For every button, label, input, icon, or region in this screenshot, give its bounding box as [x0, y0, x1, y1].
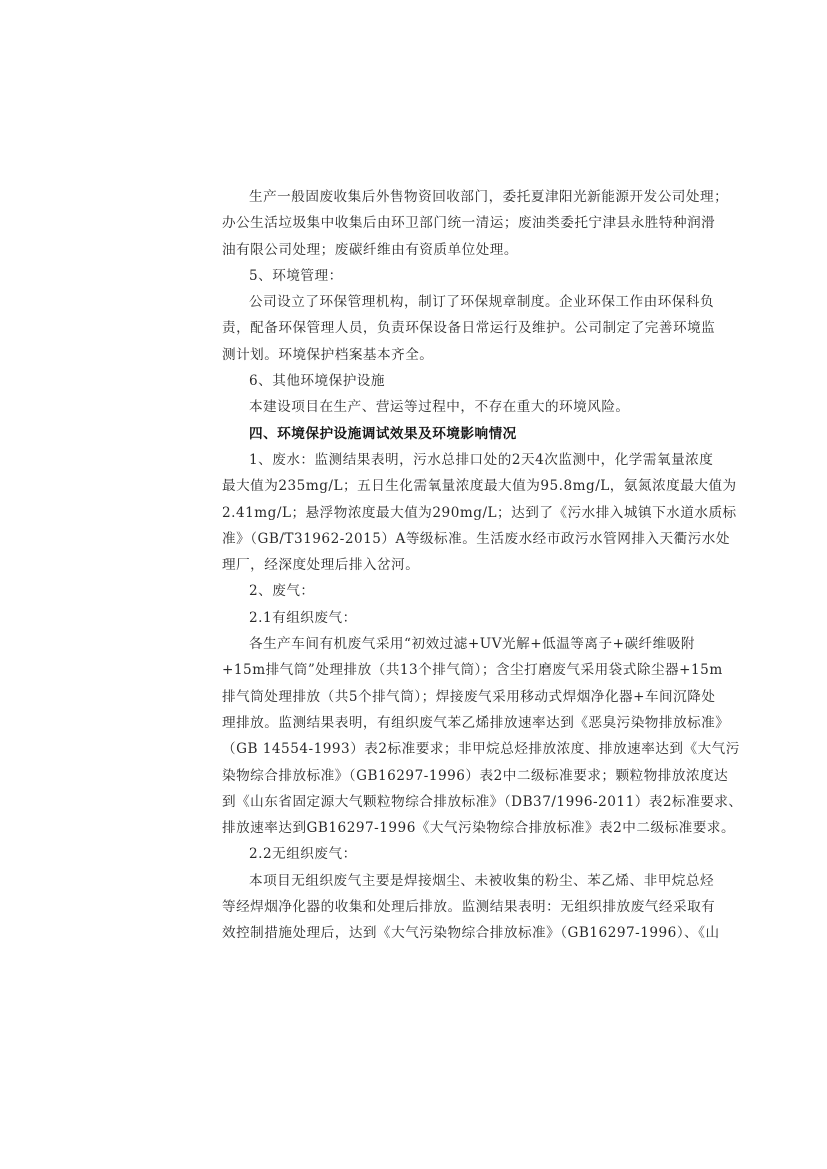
paragraph-line: 1、废水：监测结果表明，污水总排口处的2天4次监测中，化学需氧量浓度 — [222, 447, 690, 473]
chapter-heading: 四、环境保护设施调试效果及环境影响情况 — [222, 421, 690, 447]
paragraph-line: 最大值为235mg/L；五日生化需氧量浓度最大值为95.8mg/L，氨氮浓度最大… — [222, 473, 690, 499]
paragraph-line: 理厂，经深度处理后排入岔河。 — [222, 552, 690, 578]
paragraph-line: 公司设立了环保管理机构，制订了环保规章制度。企业环保工作由环保科负 — [222, 289, 690, 315]
paragraph-line: 到《山东省固定源大气颗粒物综合排放标准》（DB37/1996-2011）表2标准… — [222, 789, 690, 815]
paragraph-line: 本项目无组织废气主要是焊接烟尘、未被收集的粉尘、苯乙烯、非甲烷总烃 — [222, 868, 690, 894]
paragraph-line: 效控制措施处理后，达到《大气污染物综合排放标准》（GB16297-1996）、《… — [222, 920, 690, 946]
document-body: 生产一般固废收集后外售物资回收部门，委托夏津阳光新能源开发公司处理； 办公生活垃… — [222, 184, 690, 947]
paragraph-line: 等经焊烟净化器的收集和处理后排放。监测结果表明：无组织排放废气经采取有 — [222, 894, 690, 920]
subsection-heading-unorganized-gas: 2.2无组织废气： — [222, 841, 690, 867]
section-heading-other-facilities: 6、其他环境保护设施 — [222, 368, 690, 394]
paragraph-line: +15m排气筒”处理排放（共13个排气筒）；含尘打磨废气采用袋式除尘器+15m — [222, 657, 690, 683]
paragraph-line: 排气筒处理排放（共5个排气筒）；焊接废气采用移动式焊烟净化器+车间沉降处 — [222, 684, 690, 710]
paragraph-line: 责，配备环保管理人员，负责环保设备日常运行及维护。公司制定了完善环境监 — [222, 315, 690, 341]
section-heading-environment-management: 5、环境管理： — [222, 263, 690, 289]
paragraph-line: 生产一般固废收集后外售物资回收部门，委托夏津阳光新能源开发公司处理； — [222, 184, 690, 210]
paragraph-line: 排放速率达到GB16297-1996《大气污染物综合排放标准》表2中二级标准要求… — [222, 815, 690, 841]
paragraph-line: 染物综合排放标准》（GB16297-1996）表2中二级标准要求；颗粒物排放浓度… — [222, 763, 690, 789]
paragraph-line: 各生产车间有机废气采用“初效过滤+UV光解+低温等离子+碳纤维吸附 — [222, 631, 690, 657]
paragraph-line: 测计划。环境保护档案基本齐全。 — [222, 342, 690, 368]
paragraph-line: 理排放。监测结果表明，有组织废气苯乙烯排放速率达到《恶臭污染物排放标准》 — [222, 710, 690, 736]
paragraph-line: 油有限公司处理；废碳纤维由有资质单位处理。 — [222, 237, 690, 263]
section-heading-waste-gas: 2、废气： — [222, 578, 690, 604]
document-page: 生产一般固废收集后外售物资回收部门，委托夏津阳光新能源开发公司处理； 办公生活垃… — [0, 0, 827, 1169]
subsection-heading-organized-gas: 2.1有组织废气： — [222, 605, 690, 631]
paragraph-line: 本建设项目在生产、营运等过程中，不存在重大的环境风险。 — [222, 394, 690, 420]
paragraph-line: 办公生活垃圾集中收集后由环卫部门统一清运；废油类委托宁津县永胜特种润滑 — [222, 210, 690, 236]
paragraph-line: 准》（GB/T31962-2015）A等级标准。生活废水经市政污水管网排入天衢污… — [222, 526, 690, 552]
paragraph-line: （GB 14554-1993）表2标准要求；非甲烷总烃排放浓度、排放速率达到《大… — [222, 736, 690, 762]
paragraph-line: 2.41mg/L；悬浮物浓度最大值为290mg/L；达到了《污水排入城镇下水道水… — [222, 500, 690, 526]
